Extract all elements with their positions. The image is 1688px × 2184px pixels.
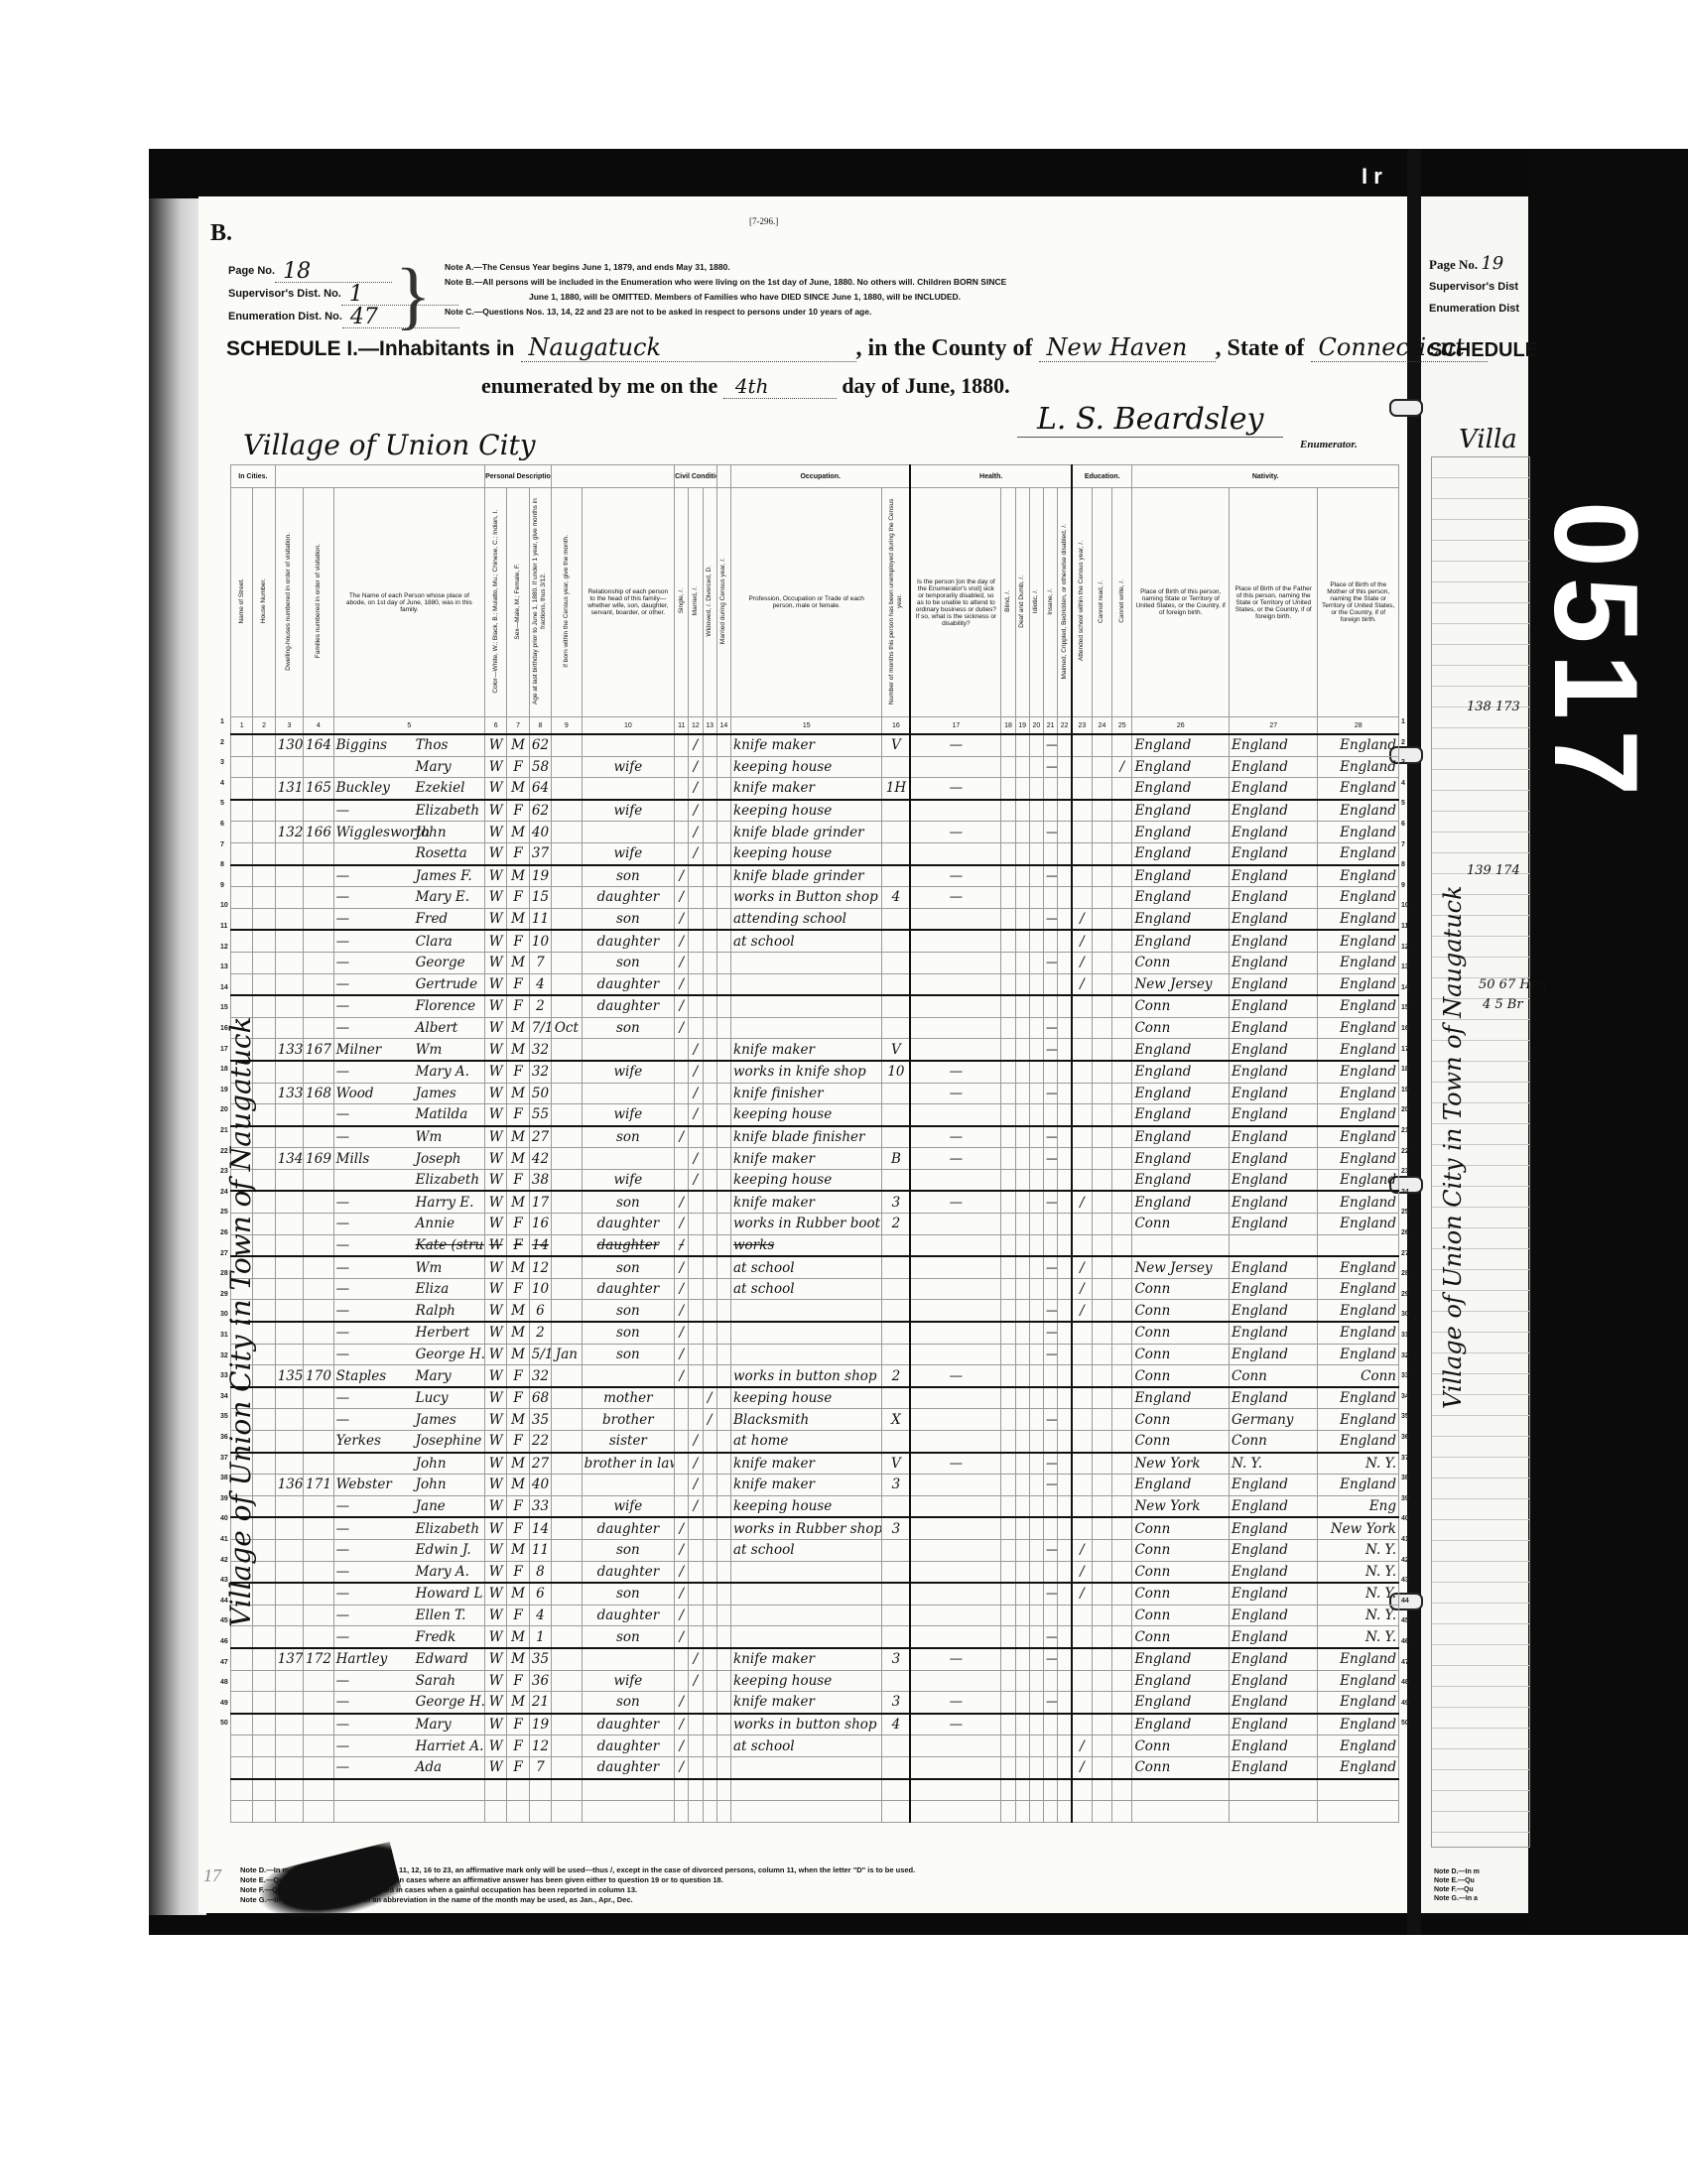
cell-married-year xyxy=(716,1083,730,1104)
cell-cannot-read xyxy=(1092,1714,1111,1735)
col-header: Color—White, W.; Black, B.; Mulatto, Mu.… xyxy=(485,488,507,717)
cell-blind xyxy=(1001,908,1015,930)
date-suffix: day of June, 1880. xyxy=(842,373,1009,398)
census-row xyxy=(231,1779,1399,1801)
cell-age: 27 xyxy=(529,1126,551,1148)
cell-birthplace: England xyxy=(1132,778,1230,800)
cell-mother-birthplace: England xyxy=(1318,1670,1399,1692)
cell-house xyxy=(253,1714,275,1735)
cell-relationship: daughter xyxy=(582,995,674,1017)
census-row xyxy=(231,1801,1399,1823)
cell-name: StaplesMary xyxy=(333,1365,484,1387)
cell-months-unemployed xyxy=(882,1735,910,1757)
cell-idiotic xyxy=(1029,1779,1043,1801)
cell-school xyxy=(1072,1083,1092,1104)
cell-married-year xyxy=(716,1191,730,1213)
cell-insane: — xyxy=(1044,734,1058,756)
cell-color: W xyxy=(485,1692,507,1714)
col-number: 3 xyxy=(275,717,303,735)
next-page-notes: Note D.—In m Note E.—Qu Note F.—Qu Note … xyxy=(1434,1867,1480,1903)
county-value: New Haven xyxy=(1039,333,1216,362)
cell-single: / xyxy=(675,1539,689,1561)
cell-married-year xyxy=(716,1104,730,1126)
line-number: 31 xyxy=(220,1332,228,1339)
cell-blind xyxy=(1001,1605,1015,1626)
surname: — xyxy=(336,1736,416,1756)
cell-mother-birthplace: England xyxy=(1318,1714,1399,1735)
cell-dwelling xyxy=(275,1605,303,1626)
cell-cannot-read xyxy=(1092,842,1111,864)
cell-widowed xyxy=(703,778,716,800)
cell-single: / xyxy=(675,908,689,930)
cell-sex: M xyxy=(507,1626,529,1648)
cell-school xyxy=(1072,1039,1092,1061)
cell-birth-month xyxy=(552,1104,582,1126)
cell-married xyxy=(689,1561,703,1583)
cell-sex: F xyxy=(507,1561,529,1583)
cell-deaf xyxy=(1015,1191,1029,1213)
surname: — xyxy=(336,1496,416,1516)
cell-deaf xyxy=(1015,1626,1029,1648)
cell-widowed xyxy=(703,1756,716,1778)
line-number: 38 xyxy=(220,1475,228,1481)
cell-married xyxy=(689,1692,703,1714)
cell-age: 33 xyxy=(529,1495,551,1517)
cell-sex: M xyxy=(507,1191,529,1213)
cell-family xyxy=(304,1801,333,1823)
cell-birth-month xyxy=(552,1801,582,1823)
cell-deaf xyxy=(1015,778,1029,800)
column-number-row: 1 2 3 4 5 6 7 8 9 10 11 12 13 14 15 16 1… xyxy=(231,717,1399,735)
cell-name: —Ada xyxy=(333,1756,484,1778)
line-number: 49 xyxy=(220,1700,228,1707)
enumerator-signature: L. S. Beardsley xyxy=(1017,402,1283,438)
cell-cannot-write xyxy=(1112,1561,1132,1583)
line-number: 47 xyxy=(1401,1659,1409,1666)
cell-relationship: wife xyxy=(582,1104,674,1126)
cell-birthplace: England xyxy=(1132,1061,1230,1083)
cell-sex: M xyxy=(507,865,529,887)
cell-sex: F xyxy=(507,1387,529,1409)
cell-birthplace xyxy=(1132,1779,1230,1801)
cell-cannot-write xyxy=(1112,1083,1132,1104)
given-name: Edward xyxy=(416,1651,468,1667)
cell-relationship: son xyxy=(582,1126,674,1148)
cell-idiotic xyxy=(1029,842,1043,864)
cell-married xyxy=(689,1017,703,1039)
cell-deaf xyxy=(1015,734,1029,756)
cell-months-unemployed xyxy=(882,1583,910,1605)
cell-color: W xyxy=(485,1322,507,1344)
cell-school xyxy=(1072,1148,1092,1170)
cell-married: / xyxy=(689,1670,703,1692)
cell-birthplace: New York xyxy=(1132,1453,1230,1475)
cell-age: 12 xyxy=(529,1256,551,1278)
cell-deaf xyxy=(1015,1104,1029,1126)
cell-months-unemployed xyxy=(882,1670,910,1692)
cell-months-unemployed: B xyxy=(882,1148,910,1170)
cell-sex: M xyxy=(507,778,529,800)
cell-insane: — xyxy=(1044,1648,1058,1670)
col-header: Name of Street. xyxy=(231,488,253,717)
note-e: Note E.—Question No. 13 will only be ask… xyxy=(240,1875,1381,1885)
surname: — xyxy=(336,1519,416,1539)
cell-birth-month xyxy=(552,952,582,973)
cell-father-birthplace: England xyxy=(1230,952,1318,973)
cell-name: HartleyEdward xyxy=(333,1648,484,1670)
cell-sex: M xyxy=(507,734,529,756)
cell-occupation: at school xyxy=(731,1256,882,1278)
cell-father-birthplace: England xyxy=(1230,734,1318,756)
cell-name: —James F. xyxy=(333,865,484,887)
cell-cannot-read xyxy=(1092,756,1111,778)
note-d: Note D.—In making entries in columns 9, … xyxy=(240,1865,1381,1875)
surname: Buckley xyxy=(336,778,416,798)
cell-occupation: keeping house xyxy=(731,800,882,822)
cell-name: Rosetta xyxy=(333,842,484,864)
cell-blind xyxy=(1001,973,1015,995)
cell-relationship xyxy=(582,1365,674,1387)
col-number: 20 xyxy=(1029,717,1043,735)
cell-insane: — xyxy=(1044,1083,1058,1104)
cell-school xyxy=(1072,1104,1092,1126)
cell-occupation xyxy=(731,1344,882,1365)
cell-family xyxy=(304,1256,333,1278)
given-name: Joseph xyxy=(416,1151,461,1167)
cell-mother-birthplace: England xyxy=(1318,1322,1399,1344)
cell-maimed xyxy=(1058,1387,1072,1409)
brace: } xyxy=(395,258,431,333)
cell-single xyxy=(675,1648,689,1670)
cell-dwelling xyxy=(275,1061,303,1083)
cell-insane xyxy=(1044,1561,1058,1583)
surname: — xyxy=(336,1562,416,1582)
cell-relationship: daughter xyxy=(582,1234,674,1256)
cell-relationship: son xyxy=(582,1583,674,1605)
cell-widowed xyxy=(703,1300,716,1322)
cell-insane xyxy=(1044,1779,1058,1801)
cell-single xyxy=(675,778,689,800)
group-education: Education. xyxy=(1072,465,1132,488)
cell-dwelling xyxy=(275,1387,303,1409)
census-row: Elizabeth W F 38 wife / keeping house En… xyxy=(231,1169,1399,1191)
line-number: 29 xyxy=(220,1291,228,1298)
cell-blind xyxy=(1001,1692,1015,1714)
cell-color: W xyxy=(485,1453,507,1475)
surname: — xyxy=(336,1323,416,1343)
cell-married: / xyxy=(689,1495,703,1517)
cell-father-birthplace: England xyxy=(1230,1648,1318,1670)
cell-deaf xyxy=(1015,1322,1029,1344)
cell-months-unemployed xyxy=(882,1431,910,1453)
col-header: Married, /. xyxy=(689,488,703,717)
cell-father-birthplace: England xyxy=(1230,778,1318,800)
cell-family xyxy=(304,973,333,995)
cell-age: 2 xyxy=(529,995,551,1017)
line-number: 20 xyxy=(220,1106,228,1113)
cell-married-year xyxy=(716,1561,730,1583)
cell-married-year xyxy=(716,756,730,778)
cell-relationship: wife xyxy=(582,842,674,864)
day-value: 4th xyxy=(723,374,837,399)
next-page-schedule-label: SCHEDULE xyxy=(1429,339,1538,362)
cell-occupation: works in button shop xyxy=(731,1365,882,1387)
cell-occupation xyxy=(731,1756,882,1778)
cell-maimed xyxy=(1058,842,1072,864)
surname: — xyxy=(336,1410,416,1430)
cell-idiotic xyxy=(1029,1365,1043,1387)
surname: Wigglesworth xyxy=(336,823,416,842)
cell-mother-birthplace: England xyxy=(1318,1735,1399,1757)
corner-mark: 17 xyxy=(203,1865,221,1886)
line-number: 14 xyxy=(1401,984,1409,991)
cell-months-unemployed: 2 xyxy=(882,1365,910,1387)
cell-name: —Ralph xyxy=(333,1300,484,1322)
line-number: 46 xyxy=(1401,1638,1409,1645)
cell-dwelling xyxy=(275,1539,303,1561)
cell-house xyxy=(253,1670,275,1692)
cell-name: —George H. xyxy=(333,1344,484,1365)
cell-maimed xyxy=(1058,1605,1072,1626)
cell-street xyxy=(231,822,253,843)
cell-birth-month: Jan xyxy=(552,1344,582,1365)
cell-birthplace: England xyxy=(1132,1148,1230,1170)
cell-blind xyxy=(1001,1583,1015,1605)
cell-maimed xyxy=(1058,1670,1072,1692)
cell-insane: — xyxy=(1044,1191,1058,1213)
cell-age: 14 xyxy=(529,1234,551,1256)
cell-dwelling xyxy=(275,1256,303,1278)
cell-dwelling: 131 xyxy=(275,778,303,800)
cell-deaf xyxy=(1015,842,1029,864)
line-number: 25 xyxy=(220,1209,228,1216)
cell-cannot-read xyxy=(1092,1017,1111,1039)
cell-house xyxy=(253,1692,275,1714)
cell-blind xyxy=(1001,1735,1015,1757)
cell-married-year xyxy=(716,1539,730,1561)
cell-married-year xyxy=(716,842,730,864)
cell-cannot-write xyxy=(1112,1648,1132,1670)
cell-school: / xyxy=(1072,908,1092,930)
cell-idiotic xyxy=(1029,1256,1043,1278)
cell-name: —Harriet A. xyxy=(333,1735,484,1757)
cell-idiotic xyxy=(1029,1801,1043,1823)
cell-blind xyxy=(1001,1517,1015,1539)
cell-birthplace: England xyxy=(1132,842,1230,864)
cell-cannot-write xyxy=(1112,1344,1132,1365)
col-number: 1 xyxy=(231,717,253,735)
cell-age: 38 xyxy=(529,1169,551,1191)
cell-months-unemployed: 3 xyxy=(882,1648,910,1670)
cell-birthplace: New York xyxy=(1132,1495,1230,1517)
cell-mother-birthplace: N. Y. xyxy=(1318,1453,1399,1475)
cell-birth-month xyxy=(552,1648,582,1670)
cell-cannot-write xyxy=(1112,973,1132,995)
cell-married xyxy=(689,952,703,973)
cell-school xyxy=(1072,995,1092,1017)
cell-mother-birthplace: Eng xyxy=(1318,1495,1399,1517)
census-row: —Albert W M 7/12 Oct son / — Conn Englan… xyxy=(231,1017,1399,1039)
col-header: Number of months this person has been un… xyxy=(882,488,910,717)
cell-relationship: son xyxy=(582,1692,674,1714)
surname: — xyxy=(336,1193,416,1213)
cell-father-birthplace: England xyxy=(1230,1256,1318,1278)
cell-married-year xyxy=(716,1300,730,1322)
next-page-margin-text: Village of Union City in Town of Naugatu… xyxy=(1439,754,1467,1409)
cell-name: —Albert xyxy=(333,1017,484,1039)
cell-family xyxy=(304,1431,333,1453)
cell-months-unemployed xyxy=(882,800,910,822)
cell-blind xyxy=(1001,1801,1015,1823)
cell-school xyxy=(1072,1322,1092,1344)
cell-relationship: son xyxy=(582,1300,674,1322)
cell-months-unemployed xyxy=(882,1256,910,1278)
cell-color: W xyxy=(485,1126,507,1148)
cell-widowed xyxy=(703,1256,716,1278)
cell-street xyxy=(231,778,253,800)
given-name: Rosetta xyxy=(416,845,467,861)
cell-dwelling xyxy=(275,1234,303,1256)
cell-age xyxy=(529,1779,551,1801)
cell-mother-birthplace: England xyxy=(1318,1387,1399,1409)
cell-insane xyxy=(1044,887,1058,909)
cell-single: / xyxy=(675,930,689,952)
line-number: 33 xyxy=(1401,1372,1409,1379)
cell-cannot-write xyxy=(1112,1779,1132,1801)
cell-color: W xyxy=(485,1561,507,1583)
cell-age: 21 xyxy=(529,1692,551,1714)
cell-name: —Harry E. xyxy=(333,1191,484,1213)
cell-mother-birthplace: New York xyxy=(1318,1517,1399,1539)
cell-school: / xyxy=(1072,952,1092,973)
cell-married-year xyxy=(716,952,730,973)
col-header: Place of Birth of this person, naming St… xyxy=(1132,488,1230,717)
census-row: 137 172 HartleyEdward W M 35 / knife mak… xyxy=(231,1648,1399,1670)
line-number: 23 xyxy=(220,1168,228,1175)
cell-single: / xyxy=(675,1561,689,1583)
cell-dwelling xyxy=(275,908,303,930)
cell-birth-month xyxy=(552,995,582,1017)
next-page-note: Note E.—Qu xyxy=(1434,1876,1480,1885)
cell-maimed xyxy=(1058,973,1072,995)
cell-idiotic xyxy=(1029,952,1043,973)
cell-dwelling xyxy=(275,1495,303,1517)
cell-married-year xyxy=(716,1495,730,1517)
cell-idiotic xyxy=(1029,1387,1043,1409)
cell-months-unemployed xyxy=(882,1278,910,1300)
cell-birthplace: Conn xyxy=(1132,1214,1230,1235)
line-number: 15 xyxy=(1401,1004,1409,1011)
cell-birthplace: Conn xyxy=(1132,952,1230,973)
cell-sickness: — xyxy=(910,822,1000,843)
census-row: 133 168 WoodJames W M 50 / knife finishe… xyxy=(231,1083,1399,1104)
cell-sex: M xyxy=(507,822,529,843)
cell-color: W xyxy=(485,1409,507,1431)
cell-age: 7/12 xyxy=(529,1017,551,1039)
cell-street xyxy=(231,1670,253,1692)
cell-cannot-write xyxy=(1112,1017,1132,1039)
cell-insane xyxy=(1044,1714,1058,1735)
cell-idiotic xyxy=(1029,1475,1043,1496)
cell-single: / xyxy=(675,1256,689,1278)
cell-cannot-read xyxy=(1092,1169,1111,1191)
cell-school: / xyxy=(1072,1735,1092,1757)
surname: Milner xyxy=(336,1040,416,1060)
cell-street xyxy=(231,865,253,887)
cell-single: / xyxy=(675,887,689,909)
col-number: 22 xyxy=(1058,717,1072,735)
cell-dwelling xyxy=(275,1561,303,1583)
cell-dwelling xyxy=(275,952,303,973)
cell-birthplace: Conn xyxy=(1132,1583,1230,1605)
cell-relationship: daughter xyxy=(582,1714,674,1735)
given-name: Kate (struck out) xyxy=(416,1237,485,1253)
cell-blind xyxy=(1001,1714,1015,1735)
cell-school xyxy=(1072,1017,1092,1039)
cell-birthplace: England xyxy=(1132,1648,1230,1670)
cell-idiotic xyxy=(1029,800,1043,822)
cell-sickness xyxy=(910,1735,1000,1757)
cell-name: —Elizabeth xyxy=(333,800,484,822)
line-number: 43 xyxy=(1401,1577,1409,1584)
cell-widowed xyxy=(703,1714,716,1735)
cell-insane xyxy=(1044,1234,1058,1256)
cell-color: W xyxy=(485,1300,507,1322)
cell-idiotic xyxy=(1029,1191,1043,1213)
cell-age: 64 xyxy=(529,778,551,800)
cell-school xyxy=(1072,1779,1092,1801)
cell-cannot-read xyxy=(1092,1365,1111,1387)
cell-idiotic xyxy=(1029,1692,1043,1714)
cell-relationship: wife xyxy=(582,800,674,822)
cell-maimed xyxy=(1058,1300,1072,1322)
cell-sex: F xyxy=(507,1365,529,1387)
cell-relationship: son xyxy=(582,908,674,930)
cell-school: / xyxy=(1072,930,1092,952)
cell-idiotic xyxy=(1029,908,1043,930)
cell-birthplace: Conn xyxy=(1132,1278,1230,1300)
cell-birthplace: Conn xyxy=(1132,1322,1230,1344)
cell-father-birthplace: England xyxy=(1230,1583,1318,1605)
cell-months-unemployed xyxy=(882,1387,910,1409)
cell-age: 10 xyxy=(529,1278,551,1300)
cell-house xyxy=(253,1648,275,1670)
cell-sickness xyxy=(910,1409,1000,1431)
cell-idiotic xyxy=(1029,1083,1043,1104)
cell-months-unemployed: 1H xyxy=(882,778,910,800)
cell-married: / xyxy=(689,1169,703,1191)
cell-deaf xyxy=(1015,1714,1029,1735)
cell-blind xyxy=(1001,995,1015,1017)
cell-occupation: at school xyxy=(731,1278,882,1300)
cell-mother-birthplace: England xyxy=(1318,908,1399,930)
cell-birthplace: Conn xyxy=(1132,1017,1230,1039)
cell-sickness xyxy=(910,1344,1000,1365)
line-number: 4 xyxy=(1401,780,1405,787)
cell-relationship xyxy=(582,1801,674,1823)
cell-relationship: daughter xyxy=(582,1561,674,1583)
line-number: 36 xyxy=(220,1434,228,1441)
cell-birth-month xyxy=(552,1779,582,1801)
cell-blind xyxy=(1001,1453,1015,1475)
col-header: Sex—Male, M.; Female, F. xyxy=(507,488,529,717)
cell-widowed xyxy=(703,908,716,930)
cell-dwelling xyxy=(275,1583,303,1605)
surname: — xyxy=(336,1671,416,1691)
cell-months-unemployed: 4 xyxy=(882,887,910,909)
given-name: Florence xyxy=(416,998,476,1014)
line-number: 32 xyxy=(220,1352,228,1359)
